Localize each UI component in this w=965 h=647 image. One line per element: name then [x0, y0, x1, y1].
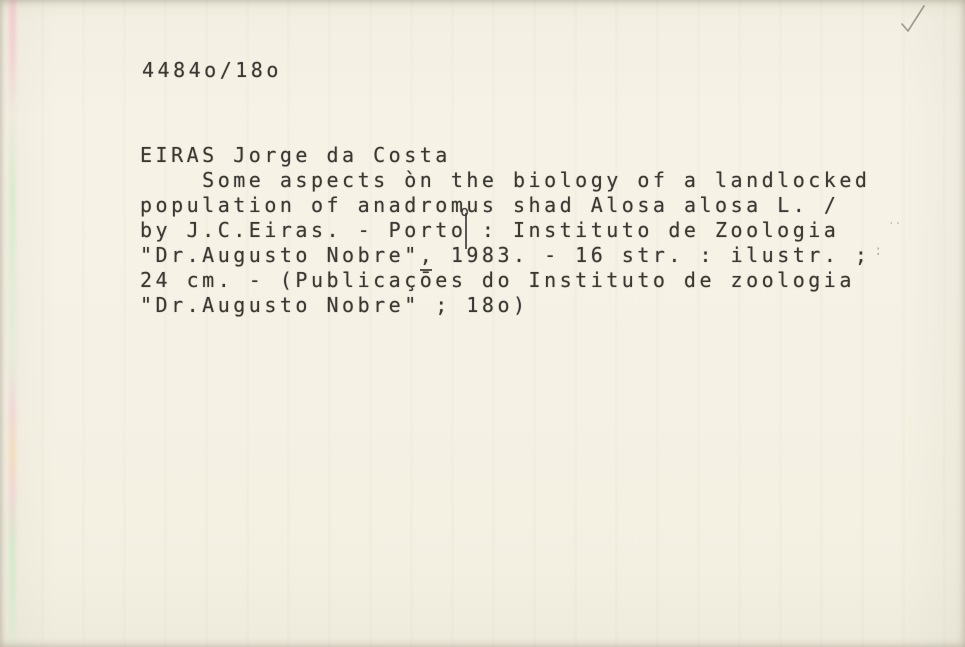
faint-smudge-mark-2: : — [874, 243, 882, 259]
pencil-checkmark-icon — [897, 3, 931, 35]
title-line-2-post: us shad Alosa alosa L. / — [466, 193, 839, 217]
scanned-catalog-card: { "card": { "call_number": "4484o/18o", … — [0, 0, 965, 647]
series-end-line: "Dr.Augusto Nobre" ; 18o) — [140, 293, 870, 318]
title-line-2-pre: population of anadrom — [140, 193, 466, 217]
corrected-comma: , — [420, 243, 436, 268]
comma-underline-mark — [420, 269, 432, 271]
scanner-streaks — [0, 0, 965, 647]
comma-glyph: , — [420, 243, 436, 267]
card-edge-vignette — [0, 0, 965, 647]
collation-line: 24 cm. - (Publicaçōes do Instituto de zo… — [140, 268, 870, 293]
call-number: 4484o/18o — [142, 58, 282, 82]
faint-smudge-mark-1: .. — [888, 214, 901, 227]
author-line: EIRAS Jorge da Costa — [140, 143, 870, 168]
catalog-entry: EIRAS Jorge da Costa Some aspects òn the… — [140, 143, 870, 318]
insertion-stroke — [465, 213, 467, 249]
imprint-line-1: by J.C.Eiras. - Porto : Instituto de Zoo… — [140, 218, 870, 243]
imprint-line-2: "Dr.Augusto Nobre", 1983. - 16 str. : il… — [140, 243, 870, 268]
imprint-line-2-post: 1983. - 16 str. : ilustr. ; — [435, 243, 870, 267]
title-line-2: population of anadromous shad Alosa alos… — [140, 193, 870, 218]
title-line-1: Some aspects òn the biology of a landloc… — [140, 168, 870, 193]
imprint-line-2-pre: "Dr.Augusto Nobre" — [140, 243, 420, 267]
left-edge-scan-artifact — [9, 0, 16, 647]
